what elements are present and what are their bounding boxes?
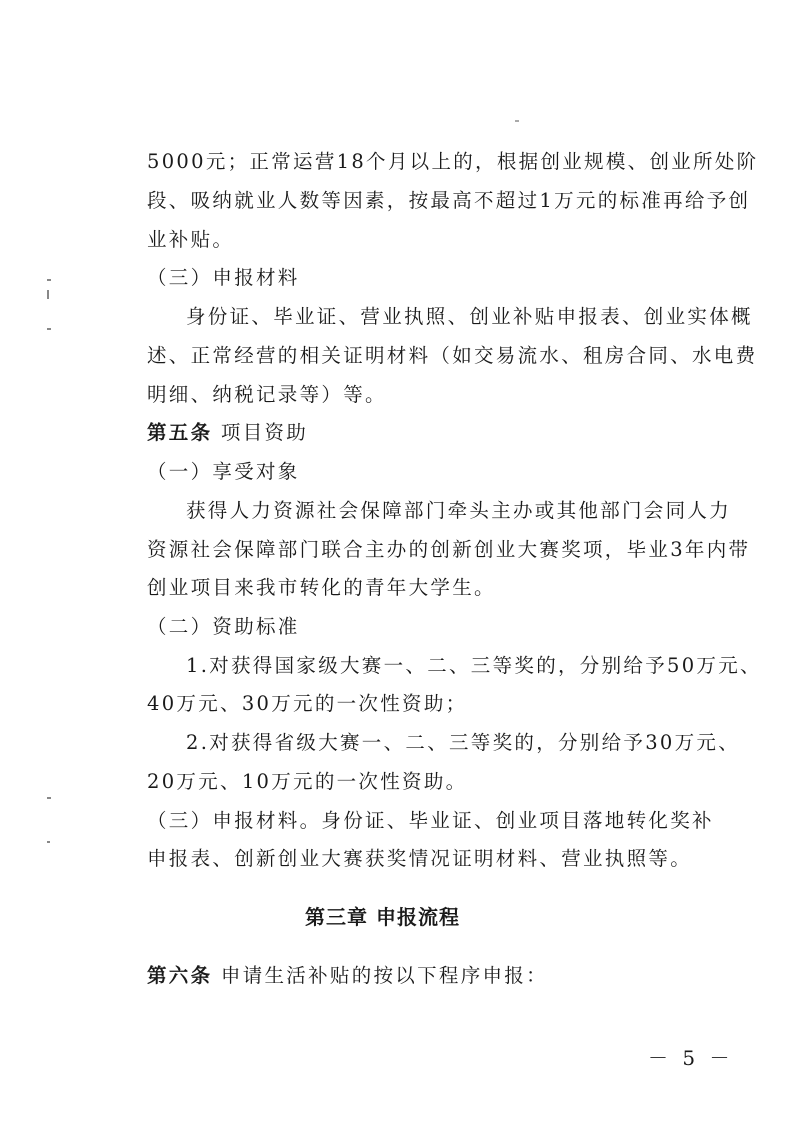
paragraph-line: 资源社会保障部门联合主办的创新创业大赛奖项，毕业3年内带 bbox=[147, 538, 750, 562]
paragraph-line: （三）申报材料。身份证、毕业证、创业项目落地转化奖补 bbox=[147, 809, 714, 833]
paragraph-line: 1.对获得国家级大赛一、二、三等奖的，分别给予50万元、 bbox=[186, 654, 762, 678]
section-heading: （一）享受对象 bbox=[147, 460, 300, 484]
paragraph-line: 40万元、30万元的一次性资助； bbox=[147, 692, 467, 716]
article-title: 项目资助 bbox=[221, 421, 308, 444]
paragraph-line: 明细、纳税记录等）等。 bbox=[147, 383, 387, 407]
article-heading-5: 第五条 项目资助 bbox=[147, 421, 308, 445]
scan-mark bbox=[515, 120, 519, 122]
article-label: 第五条 bbox=[147, 421, 212, 444]
paragraph-line: 述、正常经营的相关证明材料（如交易流水、租房合同、水电费 bbox=[147, 344, 757, 368]
scan-mark bbox=[47, 290, 49, 299]
paragraph-line: 创业项目来我市转化的青年大学生。 bbox=[147, 576, 496, 600]
scan-mark bbox=[47, 797, 51, 799]
scan-mark bbox=[47, 279, 51, 281]
article-label: 第六条 bbox=[147, 964, 212, 987]
paragraph-line: 20万元、10万元的一次性资助。 bbox=[147, 770, 467, 794]
scan-mark bbox=[47, 841, 50, 843]
section-heading: （二）资助标准 bbox=[147, 615, 300, 639]
paragraph-line: 获得人力资源社会保障部门牵头主办或其他部门会同人力 bbox=[186, 499, 731, 523]
paragraph-line: 段、吸纳就业人数等因素，按最高不超过1万元的标准再给予创 bbox=[147, 189, 750, 213]
scan-mark bbox=[47, 328, 51, 330]
article-text: 申请生活补贴的按以下程序申报： bbox=[221, 964, 548, 987]
chapter-title: 第三章 申报流程 bbox=[305, 901, 460, 930]
paragraph-line: 申报表、创新创业大赛获奖情况证明材料、营业执照等。 bbox=[147, 847, 692, 871]
article-heading-6: 第六条 申请生活补贴的按以下程序申报： bbox=[147, 964, 548, 988]
paragraph-line: 5000元；正常运营18个月以上的，根据创业规模、创业所处阶 bbox=[147, 150, 758, 174]
paragraph-line: 2.对获得省级大赛一、二、三等奖的，分别给予30万元、 bbox=[186, 731, 740, 755]
paragraph-line: 业补贴。 bbox=[147, 228, 234, 252]
page-number: － 5 － bbox=[648, 1042, 733, 1071]
paragraph-line: 身份证、毕业证、营业执照、创业补贴申报表、创业实体概 bbox=[186, 305, 753, 329]
section-heading: （三）申报材料 bbox=[147, 266, 300, 290]
